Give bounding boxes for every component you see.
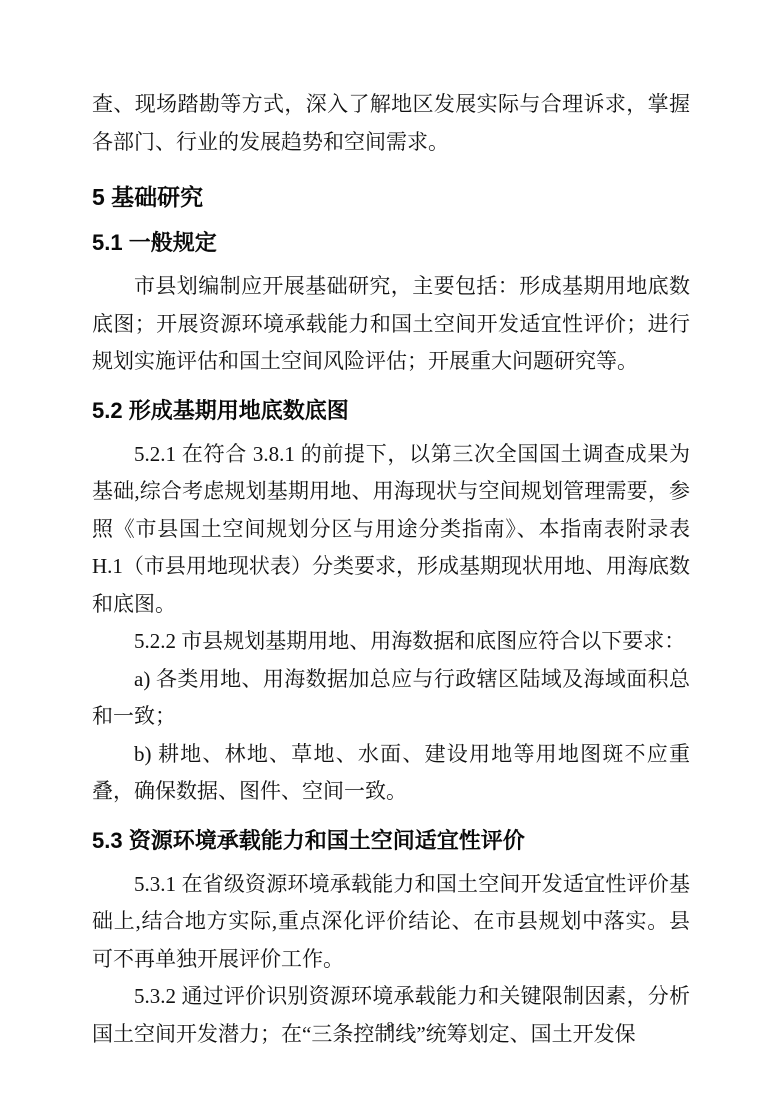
heading-section-5-2: 5.2 形成基期用地底数底图 [92,396,690,426]
heading-section-5-1: 5.1 一般规定 [92,228,690,258]
paragraph-5-3-2: 5.3.2 通过评价识别资源环境承载能力和关键限制因素，分析国土空间开发潜力；在… [92,978,690,1053]
paragraph-5-2-1: 5.2.1 在符合 3.8.1 的前提下，以第三次全国国土调查成果为基础,综合考… [92,436,690,624]
list-item-b: b) 耕地、林地、草地、水面、建设用地等用地图斑不应重叠，确保数据、图件、空间一… [92,736,690,811]
paragraph-5-1: 市县划编制应开展基础研究，主要包括：形成基期用地底数底图；开展资源环境承载能力和… [92,268,690,381]
list-item-a: a) 各类用地、用海数据加总应与行政辖区陆域及海域面积总和一致； [92,661,690,736]
paragraph-5-2-2: 5.2.2 市县规划基期用地、用海数据和底图应符合以下要求： [92,623,690,661]
paragraph-5-3-1: 5.3.1 在省级资源环境承载能力和国土空间开发适宜性评价基础上,结合地方实际,… [92,866,690,979]
page-number: 8 [0,1020,780,1036]
document-page: 查、现场踏勘等方式，深入了解地区发展实际与合理诉求，掌握各部门、行业的发展趋势和… [0,0,780,1106]
heading-section-5-3: 5.3 资源环境承载能力和国土空间适宜性评价 [92,826,690,856]
heading-section-5: 5 基础研究 [92,181,690,213]
paragraph-intro-continuation: 查、现场踏勘等方式，深入了解地区发展实际与合理诉求，掌握各部门、行业的发展趋势和… [92,86,690,161]
